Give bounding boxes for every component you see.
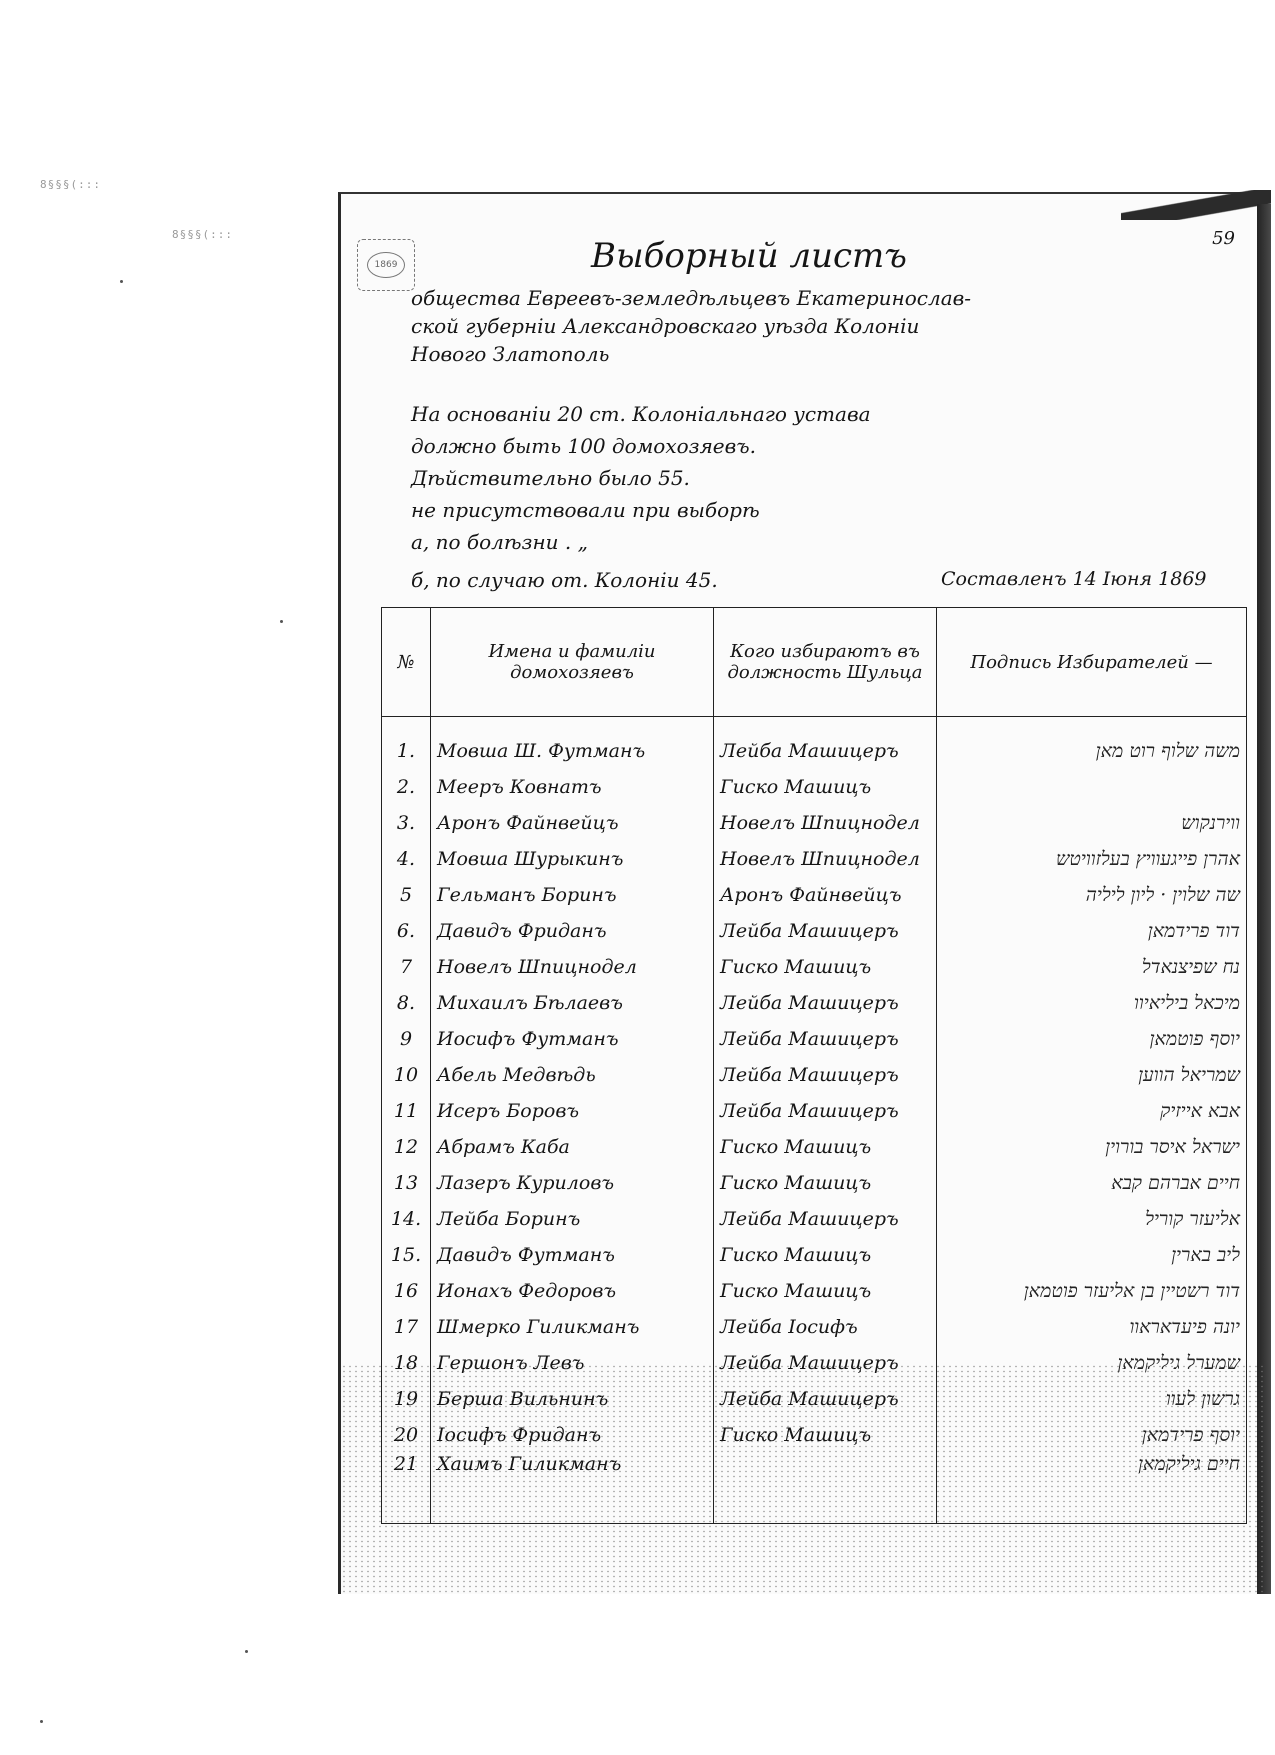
table-row: 15.Давидъ ФутманъГиско Машицъליב בארין — [382, 1237, 1247, 1273]
proxy-choice: Гиско Машицъ — [714, 1417, 937, 1453]
row-number: 5 — [382, 877, 431, 913]
row-number: 19 — [382, 1381, 431, 1417]
voter-signature: יוסף פרידמאן — [937, 1417, 1247, 1453]
voter-signature: דוד רשטיין בן אליעזר פוטמאן — [937, 1273, 1247, 1309]
col-header-number: № — [382, 608, 431, 717]
folded-corner — [1121, 190, 1271, 220]
col-header-name: Имена и фамиліи домохозяевъ — [431, 608, 714, 717]
row-number: 21 — [382, 1453, 431, 1524]
col-header-proxy: Кого избираютъ въ должность Шульца — [714, 608, 937, 717]
table-row: 12Абрамъ КабаГиско Машицъישראל איסר בורו… — [382, 1129, 1247, 1165]
page-number: 59 — [1212, 228, 1235, 249]
proxy-choice: Лейба Машицеръ — [714, 1093, 937, 1129]
table-row: 11Исеръ БоровъЛейба Машицеръאבא אייזיק — [382, 1093, 1247, 1129]
row-number: 10 — [382, 1057, 431, 1093]
voter-name: Абрамъ Каба — [431, 1129, 714, 1165]
row-number: 4. — [382, 841, 431, 877]
header-line: ской губерніи Александровскаго уѣзда Кол… — [411, 314, 919, 338]
row-number: 15. — [382, 1237, 431, 1273]
dust-speck — [280, 620, 283, 623]
revenue-stamp: 1869 — [357, 239, 415, 291]
voter-signature: ליב בארין — [937, 1237, 1247, 1273]
voter-signature: דוד פרידמאן — [937, 913, 1247, 949]
table-row: 14.Лейба БоринъЛейба Машицеръאליעזר קורי… — [382, 1201, 1247, 1237]
spacer-row — [382, 717, 1247, 734]
row-number: 1. — [382, 733, 431, 769]
voter-name: Мовша Ш. Футманъ — [431, 733, 714, 769]
table-row: 19Берша ВильнинъЛейба Машицеръגרשון לעוו — [382, 1381, 1247, 1417]
proxy-choice: Лейба Машицеръ — [714, 1057, 937, 1093]
proxy-choice: Лейба Машицеръ — [714, 733, 937, 769]
voter-table: № Имена и фамиліи домохозяевъ Кого избир… — [381, 607, 1247, 1524]
voter-name: Михаилъ Бѣлаевъ — [431, 985, 714, 1021]
row-number: 2. — [382, 769, 431, 805]
table-row: 2.Мееръ КовнатъГиско Машицъ — [382, 769, 1247, 805]
table-row: 7Новелъ ШпицноделГиско Машицъנח שפיצנאדל — [382, 949, 1247, 985]
proxy-choice: Гиско Машицъ — [714, 1237, 937, 1273]
proxy-choice: Лейба Машицеръ — [714, 1345, 937, 1381]
dust-speck — [40, 1720, 43, 1723]
voter-name: Гельманъ Боринъ — [431, 877, 714, 913]
dust-speck — [245, 1650, 248, 1653]
voter-signature: משה שלוף רוט מאן — [937, 733, 1247, 769]
voter-signature: שה שלוין · ליון ליליה — [937, 877, 1247, 913]
voter-signature: גרשון לעוו — [937, 1381, 1247, 1417]
proxy-choice: Гиско Машицъ — [714, 1165, 937, 1201]
proxy-choice: Лейба Машицеръ — [714, 913, 937, 949]
header-line: Нового Златополь — [411, 342, 609, 366]
stamp-seal: 1869 — [367, 252, 405, 278]
voter-name: Лейба Боринъ — [431, 1201, 714, 1237]
voter-name: Ионахъ Федоровъ — [431, 1273, 714, 1309]
proxy-choice: Гиско Машицъ — [714, 949, 937, 985]
table-row: 1.Мовша Ш. ФутманъЛейба Машицеръמשה שלוף… — [382, 733, 1247, 769]
table-row: 16Ионахъ ФедоровъГиско Машицъדוד רשטיין … — [382, 1273, 1247, 1309]
table-row: 20Іосифъ ФриданъГиско Машицъיוסף פרידמאן — [382, 1417, 1247, 1453]
voter-signature: יוסף פוטמאן — [937, 1021, 1247, 1057]
voter-name: Аронъ Файнвейцъ — [431, 805, 714, 841]
voter-name: Давидъ Фриданъ — [431, 913, 714, 949]
row-number: 9 — [382, 1021, 431, 1057]
note-line: Дѣйствительно было 55. — [411, 466, 690, 490]
voter-name: Новелъ Шпицнодел — [431, 949, 714, 985]
col-header-signature: Подпись Избирателей — — [937, 608, 1247, 717]
row-number: 3. — [382, 805, 431, 841]
scan-mark: 8§§§(::: — [172, 228, 233, 241]
proxy-choice — [714, 1453, 937, 1524]
note-line: б, по случаю от. Колоніи 45. — [411, 568, 718, 592]
row-number: 20 — [382, 1417, 431, 1453]
header-line: общества Евреевъ-земледѣльцевъ Екатерино… — [411, 286, 971, 310]
table-row: 6.Давидъ ФриданъЛейба Машицеръדוד פרידמא… — [382, 913, 1247, 949]
document-title: Выборный листъ — [591, 236, 907, 276]
row-number: 7 — [382, 949, 431, 985]
row-number: 17 — [382, 1309, 431, 1345]
row-number: 11 — [382, 1093, 431, 1129]
row-number: 16 — [382, 1273, 431, 1309]
voter-signature: אבא אייזיק — [937, 1093, 1247, 1129]
proxy-choice: Аронъ Файнвейцъ — [714, 877, 937, 913]
voter-name: Шмерко Гиликманъ — [431, 1309, 714, 1345]
table-row: 18Гершонъ ЛевъЛейба Машицеръשמערל גיליקמ… — [382, 1345, 1247, 1381]
voter-signature: חיים אברהם קבא — [937, 1165, 1247, 1201]
table-row: 8.Михаилъ БѣлаевъЛейба Машицеръמיכאל ביל… — [382, 985, 1247, 1021]
voter-signature: חיים גיליקמאן — [937, 1453, 1247, 1524]
dust-speck — [120, 280, 123, 283]
proxy-choice: Лейба Машицеръ — [714, 1381, 937, 1417]
voter-signature: אהרן פייגעוויץ בעלזוויטש — [937, 841, 1247, 877]
voter-signature: שמריאל הווען — [937, 1057, 1247, 1093]
note-line: а, по болѣзни . „ — [411, 530, 588, 554]
row-number: 13 — [382, 1165, 431, 1201]
voter-name: Мееръ Ковнатъ — [431, 769, 714, 805]
voter-signature: ווירנקוש — [937, 805, 1247, 841]
table-row: 9Иосифъ ФутманъЛейба Машицеръיוסף פוטמאן — [382, 1021, 1247, 1057]
voter-name: Исеръ Боровъ — [431, 1093, 714, 1129]
document-sheet: 1869 59 Выборный листъ общества Евреевъ-… — [338, 192, 1263, 1594]
note-line: не присутствовали при выборѣ — [411, 498, 760, 522]
voter-name: Берша Вильнинъ — [431, 1381, 714, 1417]
table-row: 3.Аронъ ФайнвейцъНовелъ Шпицноделווירנקו… — [382, 805, 1247, 841]
voter-signature — [937, 769, 1247, 805]
note-line: На основаніи 20 ст. Колоніальнаго устава — [411, 402, 871, 426]
proxy-choice: Гиско Машицъ — [714, 769, 937, 805]
voter-name: Иосифъ Футманъ — [431, 1021, 714, 1057]
table-row: 5Гельманъ БоринъАронъ Файнвейцъשה שלוין … — [382, 877, 1247, 913]
table-header-row: № Имена и фамиліи домохозяевъ Кого избир… — [382, 608, 1247, 717]
proxy-choice: Гиско Машицъ — [714, 1273, 937, 1309]
table-row: 17Шмерко ГиликманъЛейба Іосифъיונה פיעדא… — [382, 1309, 1247, 1345]
row-number: 14. — [382, 1201, 431, 1237]
row-number: 18 — [382, 1345, 431, 1381]
voter-signature: אליעזר קוריל — [937, 1201, 1247, 1237]
voter-signature: מיכאל ביליאיוו — [937, 985, 1247, 1021]
voter-name: Давидъ Футманъ — [431, 1237, 714, 1273]
note-line: должно быть 100 домохозяевъ. — [411, 434, 756, 458]
table-row: 10Абель МедвѣдьЛейба Машицеръשמריאל הווע… — [382, 1057, 1247, 1093]
scan-mark: 8§§§(::: — [40, 178, 101, 191]
proxy-choice: Лейба Машицеръ — [714, 1021, 937, 1057]
voter-name: Лазеръ Куриловъ — [431, 1165, 714, 1201]
voter-signature: יונה פיעדאראוו — [937, 1309, 1247, 1345]
row-number: 12 — [382, 1129, 431, 1165]
proxy-choice: Новелъ Шпицнодел — [714, 805, 937, 841]
table-row: 21Хаимъ Гиликманъחיים גיליקמאן — [382, 1453, 1247, 1524]
voter-signature: נח שפיצנאדל — [937, 949, 1247, 985]
proxy-choice: Лейба Машицеръ — [714, 1201, 937, 1237]
voter-name: Іосифъ Фриданъ — [431, 1417, 714, 1453]
voter-signature: שמערל גיליקמאן — [937, 1345, 1247, 1381]
proxy-choice: Новелъ Шпицнодел — [714, 841, 937, 877]
table-row: 4.Мовша ШурыкинъНовелъ Шпицноделאהרן פיי… — [382, 841, 1247, 877]
proxy-choice: Гиско Машицъ — [714, 1129, 937, 1165]
proxy-choice: Лейба Машицеръ — [714, 985, 937, 1021]
voter-name: Абель Медвѣдь — [431, 1057, 714, 1093]
row-number: 8. — [382, 985, 431, 1021]
proxy-choice: Лейба Іосифъ — [714, 1309, 937, 1345]
voter-name: Хаимъ Гиликманъ — [431, 1453, 714, 1524]
voter-signature: ישראל איסר בורוין — [937, 1129, 1247, 1165]
table-row: 13Лазеръ КуриловъГиско Машицъחיים אברהם … — [382, 1165, 1247, 1201]
compiled-date: Составленъ 14 Іюня 1869 — [941, 568, 1207, 590]
voter-name: Гершонъ Левъ — [431, 1345, 714, 1381]
voter-name: Мовша Шурыкинъ — [431, 841, 714, 877]
row-number: 6. — [382, 913, 431, 949]
